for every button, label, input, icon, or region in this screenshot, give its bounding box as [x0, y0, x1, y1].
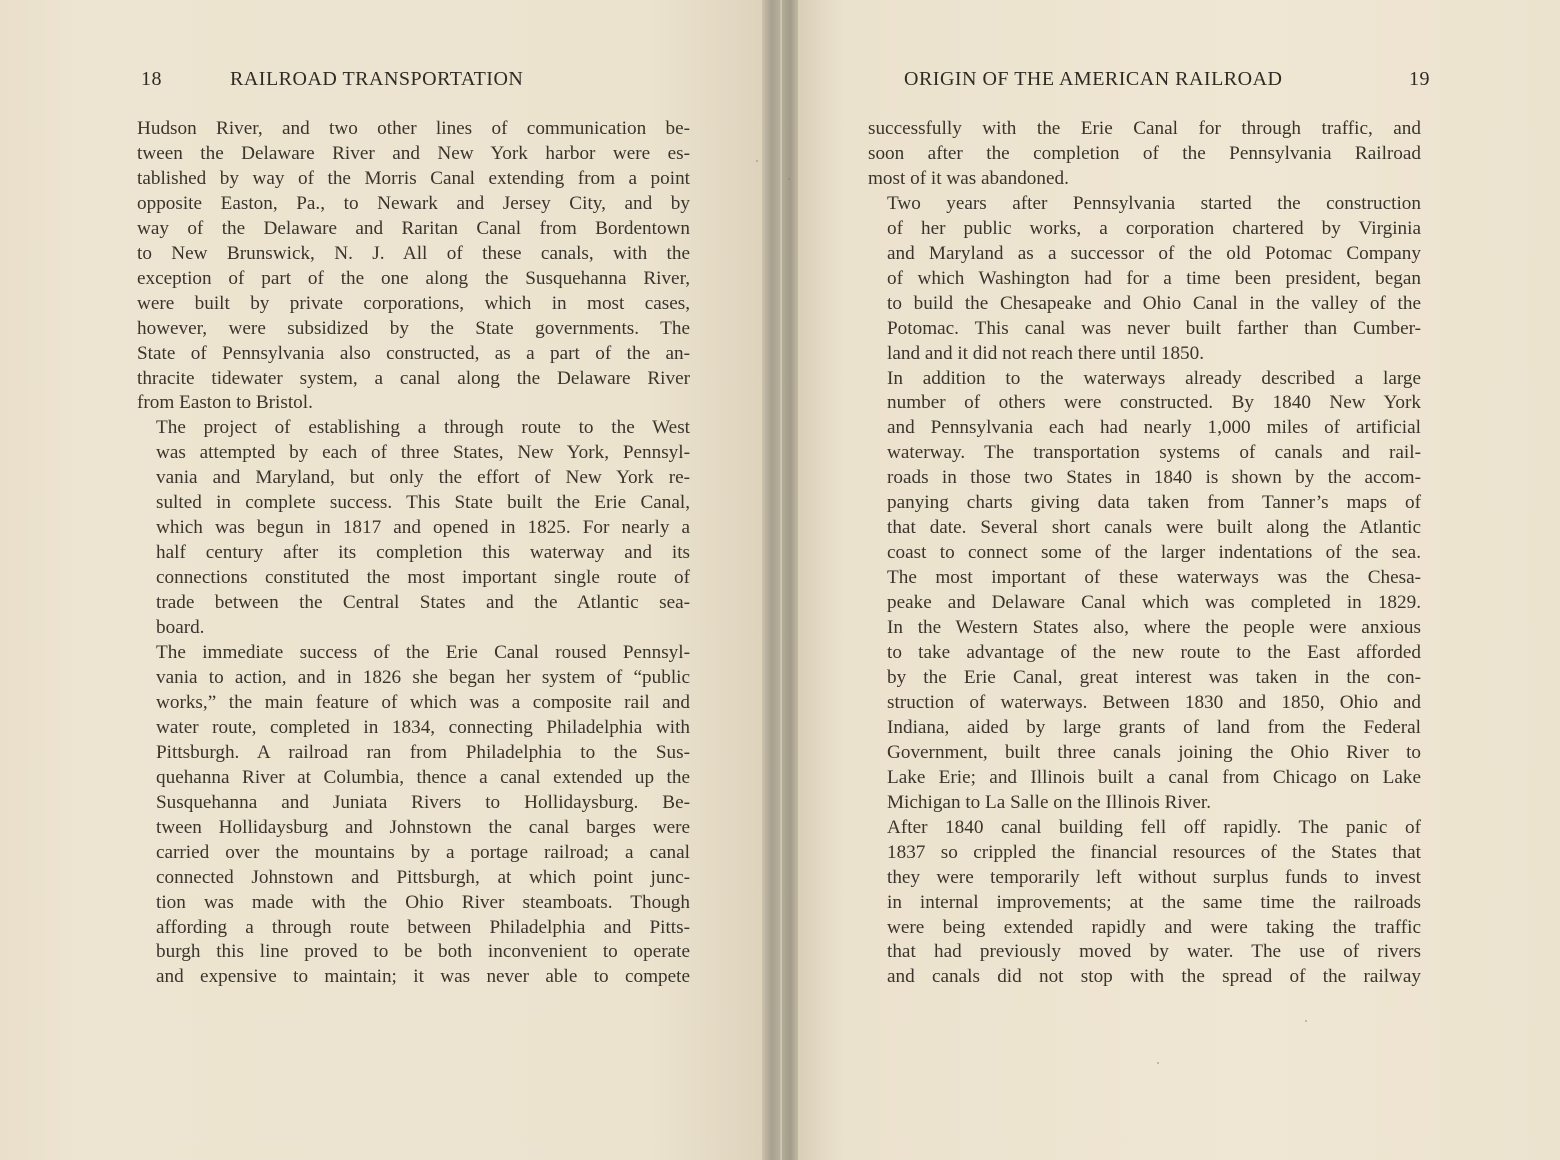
text-line: soon after the completion of the Pennsyl…: [868, 142, 1421, 167]
text-line: number of others were constructed. By 18…: [868, 391, 1421, 416]
text-line: connections constituted the most importa…: [137, 566, 690, 591]
left-page: 18 RAILROAD TRANSPORTATION Hudson River,…: [0, 0, 764, 1160]
text-line: The most important of these waterways wa…: [868, 566, 1421, 591]
page-number: 18: [141, 68, 162, 91]
text-line: of which Washington had for a time been …: [868, 267, 1421, 292]
book-spread: 18 RAILROAD TRANSPORTATION Hudson River,…: [0, 0, 1560, 1160]
paragraph: successfully with the Erie Canal for thr…: [868, 117, 1421, 192]
text-line: was attempted by each of three States, N…: [137, 441, 690, 466]
text-line: of her public works, a corporation chart…: [868, 217, 1421, 242]
text-line: however, were subsidized by the State go…: [137, 317, 690, 342]
text-line: waterway. The transportation systems of …: [868, 441, 1421, 466]
text-line: that date. Several short canals were bui…: [868, 516, 1421, 541]
text-line: and Pennsylvania each had nearly 1,000 m…: [868, 416, 1421, 441]
right-page-body: successfully with the Erie Canal for thr…: [868, 117, 1421, 990]
text-line: Two years after Pennsylvania started the…: [868, 192, 1421, 217]
text-line: The immediate success of the Erie Canal …: [137, 641, 690, 666]
running-head-title: ORIGIN OF THE AMERICAN RAILROAD: [904, 68, 1282, 91]
text-line: and Maryland as a successor of the old P…: [868, 242, 1421, 267]
text-line: panying charts giving data taken from Ta…: [868, 491, 1421, 516]
text-line: to New Brunswick, N. J. All of these can…: [137, 242, 690, 267]
running-head-title: RAILROAD TRANSPORTATION: [230, 68, 523, 91]
text-line: successfully with the Erie Canal for thr…: [868, 117, 1421, 142]
text-line: from Easton to Bristol.: [137, 391, 690, 416]
text-line: sulted in complete success. This State b…: [137, 491, 690, 516]
paper-speck: [756, 160, 758, 162]
text-line: board.: [137, 616, 690, 641]
text-line: exception of part of the one along the S…: [137, 267, 690, 292]
text-line: tween the Delaware River and New York ha…: [137, 142, 690, 167]
text-line: land and it did not reach there until 18…: [868, 342, 1421, 367]
text-line: Hudson River, and two other lines of com…: [137, 117, 690, 142]
text-line: by the Erie Canal, great interest was ta…: [868, 666, 1421, 691]
text-line: were built by private corporations, whic…: [137, 292, 690, 317]
text-line: peake and Delaware Canal which was compl…: [868, 591, 1421, 616]
book-gutter: [762, 0, 800, 1160]
paper-speck: [788, 178, 790, 180]
text-line: and expensive to maintain; it was never …: [137, 965, 690, 990]
text-line: tion was made with the Ohio River steamb…: [137, 891, 690, 916]
text-line: roads in those two States in 1840 is sho…: [868, 466, 1421, 491]
text-line: Government, built three canals joining t…: [868, 741, 1421, 766]
text-line: in internal improvements; at the same ti…: [868, 891, 1421, 916]
right-page: ORIGIN OF THE AMERICAN RAILROAD 19 succe…: [798, 0, 1560, 1160]
paragraph: Hudson River, and two other lines of com…: [137, 117, 690, 416]
text-line: In the Western States also, where the pe…: [868, 616, 1421, 641]
text-line: most of it was abandoned.: [868, 167, 1421, 192]
text-line: connected Johnstown and Pittsburgh, at w…: [137, 866, 690, 891]
text-line: to build the Chesapeake and Ohio Canal i…: [868, 292, 1421, 317]
text-line: tablished by way of the Morris Canal ext…: [137, 167, 690, 192]
text-line: The project of establishing a through ro…: [137, 416, 690, 441]
paragraph: The project of establishing a through ro…: [137, 416, 690, 641]
paper-speck: [1305, 1020, 1307, 1022]
text-line: struction of waterways. Between 1830 and…: [868, 691, 1421, 716]
text-line: In addition to the waterways already des…: [868, 367, 1421, 392]
text-line: trade between the Central States and the…: [137, 591, 690, 616]
text-line: coast to connect some of the larger inde…: [868, 541, 1421, 566]
text-line: quehanna River at Columbia, thence a can…: [137, 766, 690, 791]
page-number: 19: [1409, 68, 1430, 91]
text-line: Michigan to La Salle on the Illinois Riv…: [868, 791, 1421, 816]
text-line: tween Hollidaysburg and Johnstown the ca…: [137, 816, 690, 841]
text-line: State of Pennsylvania also constructed, …: [137, 342, 690, 367]
text-line: Susquehanna and Juniata Rivers to Hollid…: [137, 791, 690, 816]
text-line: burgh this line proved to be both inconv…: [137, 940, 690, 965]
paragraph: The immediate success of the Erie Canal …: [137, 641, 690, 990]
text-line: works,” the main feature of which was a …: [137, 691, 690, 716]
text-line: and canals did not stop with the spread …: [868, 965, 1421, 990]
text-line: affording a through route between Philad…: [137, 916, 690, 941]
text-line: way of the Delaware and Raritan Canal fr…: [137, 217, 690, 242]
text-line: After 1840 canal building fell off rapid…: [868, 816, 1421, 841]
left-page-body: Hudson River, and two other lines of com…: [137, 117, 690, 990]
text-line: vania and Maryland, but only the effort …: [137, 466, 690, 491]
text-line: to take advantage of the new route to th…: [868, 641, 1421, 666]
text-line: were being extended rapidly and were tak…: [868, 916, 1421, 941]
text-line: they were temporarily left without surpl…: [868, 866, 1421, 891]
text-line: Pittsburgh. A railroad ran from Philadel…: [137, 741, 690, 766]
text-line: vania to action, and in 1826 she began h…: [137, 666, 690, 691]
text-line: opposite Easton, Pa., to Newark and Jers…: [137, 192, 690, 217]
text-line: 1837 so crippled the financial resources…: [868, 841, 1421, 866]
paper-speck: [1157, 1062, 1159, 1064]
paragraph: In addition to the waterways already des…: [868, 367, 1421, 816]
paragraph: After 1840 canal building fell off rapid…: [868, 816, 1421, 991]
text-line: Indiana, aided by large grants of land f…: [868, 716, 1421, 741]
text-line: carried over the mountains by a portage …: [137, 841, 690, 866]
text-line: Lake Erie; and Illinois built a canal fr…: [868, 766, 1421, 791]
text-line: which was begun in 1817 and opened in 18…: [137, 516, 690, 541]
text-line: that had previously moved by water. The …: [868, 940, 1421, 965]
text-line: Potomac. This canal was never built fart…: [868, 317, 1421, 342]
paragraph: Two years after Pennsylvania started the…: [868, 192, 1421, 367]
text-line: thracite tidewater system, a canal along…: [137, 367, 690, 392]
text-line: water route, completed in 1834, connecti…: [137, 716, 690, 741]
text-line: half century after its completion this w…: [137, 541, 690, 566]
